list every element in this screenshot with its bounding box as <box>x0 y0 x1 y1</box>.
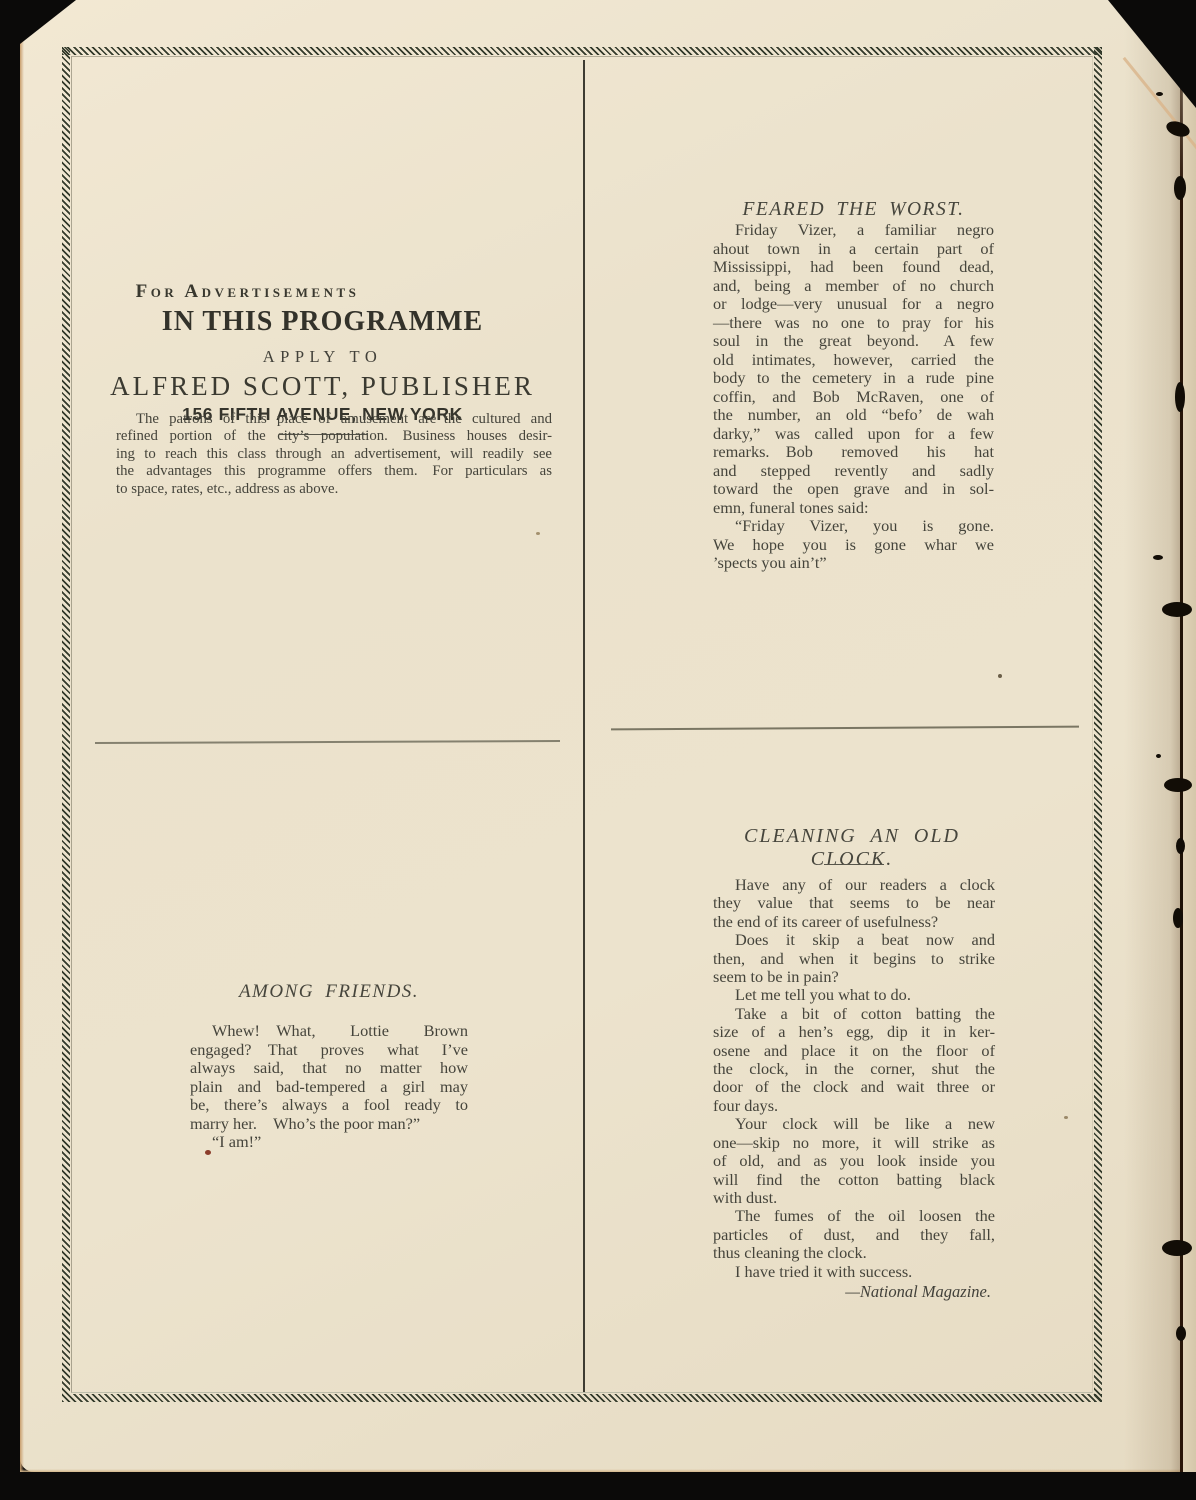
text-line: plain and bad-tempered a girl may <box>190 1078 468 1097</box>
text-line: size of a hen’s egg, dip it in ker- <box>713 1023 995 1041</box>
binding-stitch <box>1175 382 1185 412</box>
text-line: remarks. Bob removed his hat <box>713 443 994 462</box>
text-line: coffin, and Bob McRaven, one of <box>713 388 994 407</box>
paragraph: Whew! What, Lottie Brownengaged? That pr… <box>190 1022 468 1133</box>
text-line: Mississippi, had been found dead, <box>713 258 994 277</box>
text-line: Friday Vizer, a familiar negro <box>713 221 994 240</box>
binding-stitch <box>1176 838 1185 854</box>
text-line: We hope you is gone whar we <box>713 536 994 555</box>
paragraph: Take a bit of cotton batting thesize of … <box>713 1005 995 1115</box>
text-line: then, and when it begins to strike <box>713 950 995 968</box>
ad-notice-programme-line: IN THIS PROGRAMME <box>70 306 575 338</box>
border-right <box>1094 47 1102 1402</box>
text-line: ahout town in a certain part of <box>713 240 994 259</box>
text-line: four days. <box>713 1097 995 1115</box>
paragraph: Does it skip a beat now andthen, and whe… <box>713 931 995 986</box>
photo-corner-top-left <box>20 0 76 44</box>
text-line: the clock, in the corner, shut the <box>713 1060 995 1078</box>
column-divider-vertical <box>583 60 585 1392</box>
short-rule <box>824 864 884 865</box>
text-line: will find the cotton batting black <box>713 1171 995 1189</box>
text-line: be, there’s always a fool ready to <box>190 1096 468 1115</box>
text-line: body to the cemetery in a rude pine <box>713 369 994 388</box>
text-line: and stepped revently and sadly <box>713 462 994 481</box>
binding-stitch <box>1176 1326 1186 1341</box>
story-title-feared-the-worst: FEARED THE WORST. <box>713 199 994 221</box>
ad-notice-body: The patrons of this place of amusement a… <box>116 411 552 498</box>
text-line: toward the open grave and in sol- <box>713 480 994 499</box>
text-line: engaged? That proves what I’ve <box>190 1041 468 1060</box>
paragraph: Let me tell you what to do. <box>713 986 995 1004</box>
text-line: “I am!” <box>190 1133 468 1152</box>
ad-notice-apply-line: APPLY TO <box>70 347 575 367</box>
border-bottom <box>62 1394 1102 1402</box>
text-line: of old, and as you look inside you <box>713 1152 995 1170</box>
text-line: the advantages this programme offers the… <box>116 463 552 480</box>
story-body-among-friends: Whew! What, Lottie Brownengaged? That pr… <box>190 1022 468 1152</box>
text-line: —there was no one to pray for his <box>713 314 994 333</box>
page-bottom-edge-highlight <box>20 1469 1196 1472</box>
text-line: Take a bit of cotton batting the <box>713 1005 995 1023</box>
paragraph: “Friday Vizer, you is gone.We hope you i… <box>713 517 994 573</box>
ad-notice-intro-line: For Advertisements <box>70 281 575 303</box>
text-line: particles of dust, and they fall, <box>713 1226 995 1244</box>
binding-stitch <box>1162 1240 1192 1256</box>
text-line: I have tried it with success. <box>713 1263 995 1281</box>
text-line: osene and place it on the floor of <box>713 1042 995 1060</box>
binding-stitch <box>1153 555 1163 560</box>
text-line: door of the clock and wait three or <box>713 1078 995 1096</box>
text-line: The fumes of the oil loosen the <box>713 1207 995 1225</box>
programme-page: For Advertisements IN THIS PROGRAMME APP… <box>20 0 1196 1472</box>
paragraph: The fumes of the oil loosen theparticles… <box>713 1207 995 1262</box>
stain-speck <box>536 532 540 535</box>
binding-stitch <box>1164 778 1192 792</box>
text-line: to space, rates, etc., address as above. <box>116 481 552 498</box>
stain-speck <box>998 674 1002 678</box>
text-line: Does it skip a beat now and <box>713 931 995 949</box>
text-line: Whew! What, Lottie Brown <box>190 1022 468 1041</box>
paragraph: Your clock will be like a newone—skip no… <box>713 1115 995 1207</box>
binding-stitch <box>1173 908 1183 928</box>
text-line: Let me tell you what to do. <box>713 986 995 1004</box>
photographed-programme-page: { "palette":{ "paper":"#ebe2cc", "ink":"… <box>0 0 1196 1500</box>
text-line: and, being a member of no church <box>713 277 994 296</box>
text-line: with dust. <box>713 1189 995 1207</box>
text-line: soul in the great beyond. A few <box>713 332 994 351</box>
text-line: ’spects you ain’t” <box>713 554 994 573</box>
text-line: they value that seems to be near <box>713 894 995 912</box>
text-line: always said, that no matter how <box>190 1059 468 1078</box>
text-line: emn, funeral tones said: <box>713 499 994 518</box>
text-line: one—skip no more, it will strike as <box>713 1134 995 1152</box>
stain-speck <box>1064 1116 1068 1119</box>
binding-stitch <box>1156 754 1161 758</box>
paragraph: Have any of our readers a clockthey valu… <box>713 876 995 931</box>
border-top <box>62 47 1102 55</box>
text-line: old intimates, however, carried the <box>713 351 994 370</box>
text-line: ing to reach this class through an adver… <box>116 446 552 463</box>
binding-stitch <box>1174 176 1186 200</box>
story-attribution: —National Magazine. <box>713 1282 991 1302</box>
text-line: The patrons of this place of amusement a… <box>116 411 552 428</box>
text-line: thus cleaning the clock. <box>713 1244 995 1262</box>
text-line: refined portion of the city’s population… <box>116 428 552 445</box>
ad-notice-publisher-line: ALFRED SCOTT, PUBLISHER <box>70 371 575 402</box>
paragraph: The patrons of this place of amusement a… <box>116 411 552 498</box>
page-left-edge-highlight <box>20 0 24 1472</box>
text-line: Have any of our readers a clock <box>713 876 995 894</box>
story-body-cleaning-an-old-clock: Have any of our readers a clockthey valu… <box>713 876 995 1281</box>
text-line: Your clock will be like a new <box>713 1115 995 1133</box>
text-line: the end of its career of usefulness? <box>713 913 995 931</box>
story-body-feared-the-worst: Friday Vizer, a familiar negroahout town… <box>713 221 994 573</box>
stain-speck <box>205 1150 211 1155</box>
paragraph: “I am!” <box>190 1133 468 1152</box>
text-line: “Friday Vizer, you is gone. <box>713 517 994 536</box>
text-line: darky,” was called upon for a few <box>713 425 994 444</box>
text-line: the number, an old “befo’ de wah <box>713 406 994 425</box>
border-left <box>62 47 70 1402</box>
paragraph: Friday Vizer, a familiar negroahout town… <box>713 221 994 517</box>
story-title-among-friends: AMONG FRIENDS. <box>190 981 468 1003</box>
text-line: seem to be in pain? <box>713 968 995 986</box>
binding-stitch <box>1156 92 1163 96</box>
binding-stitch <box>1162 602 1192 617</box>
text-line: or lodge—very unusual for a negro <box>713 295 994 314</box>
text-line: marry her. Who’s the poor man?” <box>190 1115 468 1134</box>
paragraph: I have tried it with success. <box>713 1263 995 1281</box>
